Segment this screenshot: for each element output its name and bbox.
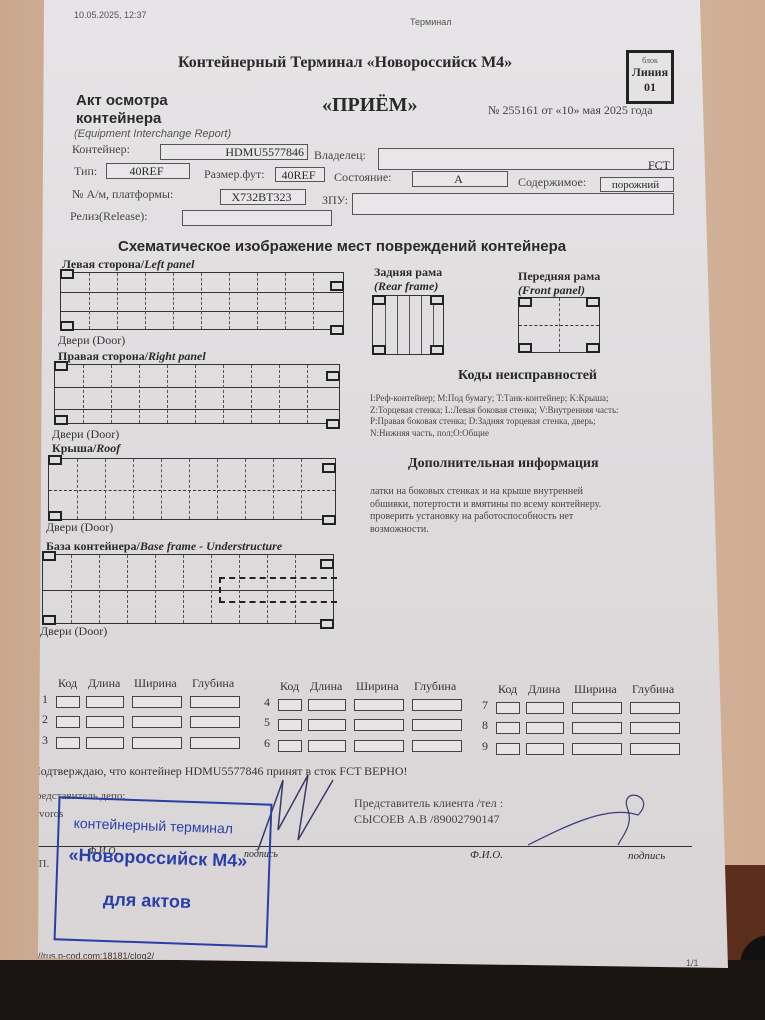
base-damage-marker [219, 577, 337, 603]
left-panel-title: Левая сторона/Left panel [62, 257, 194, 272]
left-panel-diagram[interactable] [60, 272, 344, 330]
damage-cell-Ширина[interactable] [354, 740, 404, 752]
damage-cell-Глубина[interactable] [630, 702, 680, 714]
roof-diagram[interactable] [48, 458, 336, 520]
client-rep-value: СЫСОЕВ А.В /89002790147 [354, 812, 499, 827]
roof-door-label: Двери (Door) [46, 520, 113, 535]
damage-cell-Код[interactable] [496, 702, 520, 714]
damage-cell-Ширина[interactable] [354, 699, 404, 711]
act-subtitle: (Equipment Interchange Report) [74, 128, 231, 140]
type-field[interactable]: 40REF [106, 163, 190, 179]
seal-field[interactable] [352, 193, 674, 215]
print-datetime: 10.05.2025, 12:37 [74, 10, 147, 20]
damage-header: Глубина [192, 676, 234, 691]
damage-cell-Длина[interactable] [526, 722, 564, 734]
damage-header: Код [58, 676, 77, 691]
damage-cell-Глубина[interactable] [412, 740, 462, 752]
stamp-line2: «Новороссийск М4» [68, 845, 269, 873]
block-badge-small: блок [629, 56, 671, 65]
content-field[interactable]: порожний [600, 177, 674, 192]
stamp-line3: для актов [103, 889, 268, 916]
damage-header: Код [280, 679, 299, 694]
container-field[interactable]: HDMU5577846 [160, 144, 308, 160]
fault-codes-title: Коды неисправностей [458, 368, 597, 384]
footer-page: 1/1 [686, 958, 699, 968]
size-field[interactable]: 40REF [275, 167, 325, 182]
background-table-edge [0, 960, 765, 1020]
damage-cell-Длина[interactable] [526, 743, 564, 755]
damage-row-number: 2 [42, 712, 48, 727]
fault-code-line: P:Правая боковая стенка; D:Задняя торцев… [370, 416, 619, 428]
fault-codes-list: I:Реф-контейнер; M:Под бумагу; T:Танк-ко… [370, 393, 619, 439]
front-frame-title: Передняя рама(Front panel) [518, 269, 600, 297]
rear-frame-diagram[interactable] [372, 295, 444, 355]
damage-cell-Код[interactable] [56, 696, 80, 708]
damage-row-number: 9 [482, 739, 488, 754]
damage-cell-Ширина[interactable] [572, 743, 622, 755]
right-panel-door-label: Двери (Door) [52, 427, 119, 442]
damage-cell-Код[interactable] [496, 722, 520, 734]
act-type: «ПРИЁМ» [322, 94, 418, 117]
damage-cell-Длина[interactable] [86, 716, 124, 728]
base-diagram[interactable] [42, 554, 334, 624]
release-label: Релиз(Release): [70, 209, 148, 224]
state-field[interactable]: A [412, 171, 508, 187]
damage-cell-Ширина[interactable] [354, 719, 404, 731]
damage-cell-Глубина[interactable] [630, 722, 680, 734]
base-door-label: Двери (Door) [40, 624, 107, 639]
damage-cell-Глубина[interactable] [412, 699, 462, 711]
damage-cell-Код[interactable] [56, 716, 80, 728]
vehicle-label: № А/м, платформы: [72, 187, 173, 202]
damage-cell-Код[interactable] [496, 743, 520, 755]
additional-info-line: возможности. [370, 524, 601, 537]
block-badge-number: 01 [629, 80, 671, 95]
damage-cell-Длина[interactable] [86, 737, 124, 749]
damage-cell-Код[interactable] [56, 737, 80, 749]
document-title: Контейнерный Терминал «Новороссийск М4» [178, 54, 512, 72]
client-signature [518, 785, 668, 855]
damage-cell-Длина[interactable] [86, 696, 124, 708]
front-frame-diagram[interactable] [518, 297, 600, 353]
damage-header: Длина [310, 679, 342, 694]
owner-label: Владелец: [314, 148, 366, 163]
damage-header: Глубина [632, 682, 674, 697]
damage-row-number: 3 [42, 733, 48, 748]
client-fio-label: Ф.И.О. [470, 849, 503, 861]
vehicle-field[interactable]: X732BT323 [220, 189, 306, 205]
damage-header: Глубина [414, 679, 456, 694]
seal-label: ЗПУ: [322, 193, 348, 208]
company-stamp: контейнерный терминал «Новороссийск М4» … [54, 796, 273, 947]
damage-cell-Глубина[interactable] [630, 743, 680, 755]
damage-header: Ширина [134, 676, 177, 691]
roof-title: Крыша/Roof [52, 441, 120, 456]
mp-label: М.П. [26, 858, 49, 870]
damage-cell-Длина[interactable] [308, 699, 346, 711]
additional-info-line: латки на боковых стенках и на крыше внут… [370, 486, 601, 499]
damage-cell-Глубина[interactable] [190, 716, 240, 728]
left-panel-door-label: Двери (Door) [58, 333, 125, 348]
damage-header: Код [498, 682, 517, 697]
state-label: Состояние: [334, 170, 392, 185]
release-field[interactable] [182, 210, 332, 226]
damage-header: Длина [88, 676, 120, 691]
damage-cell-Длина[interactable] [308, 719, 346, 731]
damage-cell-Длина[interactable] [526, 702, 564, 714]
block-badge: блок Линия 01 [626, 50, 674, 104]
fault-code-line: I:Реф-контейнер; M:Под бумагу; T:Танк-ко… [370, 393, 619, 405]
act-title-line2: контейнера [76, 110, 168, 128]
additional-info-title: Дополнительная информация [408, 456, 599, 472]
additional-info-line: обшивки, потертости и вмятины по всему к… [370, 499, 601, 512]
fault-code-line: Z:Торцевая стенка; L:Левая боковая стенк… [370, 405, 619, 417]
damage-row-number: 6 [264, 736, 270, 751]
act-title: Акт осмотра контейнера [76, 92, 168, 128]
client-rep-label: Представитель клиента /тел : [354, 796, 503, 811]
damage-header: Ширина [574, 682, 617, 697]
damage-row-number: 5 [264, 715, 270, 730]
damage-cell-Ширина[interactable] [572, 722, 622, 734]
damage-cell-Код[interactable] [278, 740, 302, 752]
block-badge-line: Линия [629, 65, 671, 80]
print-header-center: Терминал [410, 17, 451, 27]
right-panel-diagram[interactable] [54, 364, 340, 424]
additional-info-text: латки на боковых стенках и на крыше внут… [370, 486, 601, 536]
content-label: Содержимое: [518, 175, 586, 190]
damage-cell-Ширина[interactable] [132, 696, 182, 708]
additional-info-line: проверить установку на работоспособность… [370, 511, 601, 524]
damage-cell-Глубина[interactable] [412, 719, 462, 731]
damage-cell-Глубина[interactable] [190, 737, 240, 749]
base-title: База контейнера/Base frame - Understruct… [46, 539, 282, 554]
damage-cell-Ширина[interactable] [572, 702, 622, 714]
fault-code-line: N:Нижняя часть, пол;O:Общие [370, 428, 619, 440]
damage-header: Ширина [356, 679, 399, 694]
damage-row-number: 8 [482, 718, 488, 733]
rear-frame-title: Задняя рама(Rear frame) [374, 265, 442, 293]
damage-cell-Глубина[interactable] [190, 696, 240, 708]
act-number: № 255161 от «10» мая 2025 года [488, 103, 653, 118]
type-label: Тип: [74, 164, 97, 179]
right-panel-title: Правая сторона/Right panel [58, 349, 206, 364]
damage-row-number: 7 [482, 698, 488, 713]
container-label: Контейнер: [72, 142, 130, 157]
owner-field[interactable]: FCT [378, 148, 674, 170]
size-label: Размер.фут: [204, 167, 265, 182]
damage-cell-Код[interactable] [278, 719, 302, 731]
damage-row-number: 4 [264, 695, 270, 710]
damage-header: Длина [528, 682, 560, 697]
damage-cell-Ширина[interactable] [132, 716, 182, 728]
stamp-line1: контейнерный терминал [73, 815, 269, 838]
damage-cell-Ширина[interactable] [132, 737, 182, 749]
schematic-title: Схематическое изображение мест поврежден… [118, 238, 566, 255]
damage-cell-Код[interactable] [278, 699, 302, 711]
damage-cell-Длина[interactable] [308, 740, 346, 752]
act-title-line1: Акт осмотра [76, 92, 168, 110]
damage-row-number: 1 [42, 692, 48, 707]
